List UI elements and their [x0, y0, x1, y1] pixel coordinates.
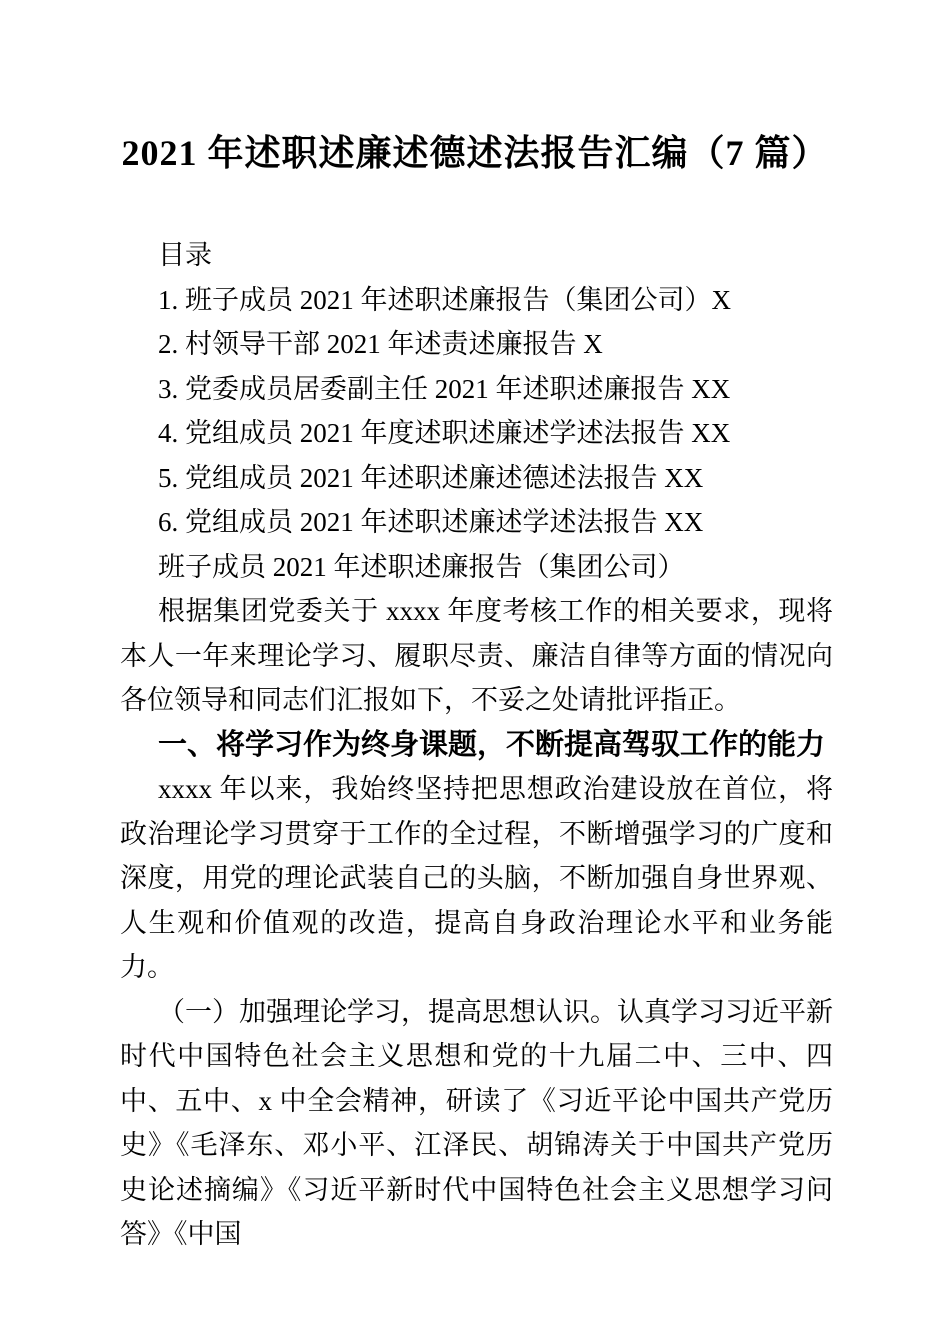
document-body: 目录 1. 班子成员 2021 年述职述廉报告（集团公司）X 2. 村领导干部 … [120, 233, 833, 1257]
report-subtitle: 班子成员 2021 年述职述廉报告（集团公司） [120, 545, 833, 590]
toc-item: 3. 党委成员居委副主任 2021 年述职述廉报告 XX [120, 367, 833, 412]
section-heading: 一、将学习作为终身课题，不断提高驾驭工作的能力 [120, 723, 833, 768]
report-paragraph: xxxx 年以来，我始终坚持把思想政治建设放在首位，将政治理论学习贯穿于工作的全… [120, 767, 833, 990]
toc-item: 1. 班子成员 2021 年述职述廉报告（集团公司）X [120, 278, 833, 323]
toc-item: 4. 党组成员 2021 年度述职述廉述学述法报告 XX [120, 411, 833, 456]
report-paragraph: （一）加强理论学习，提高思想认识。认真学习习近平新时代中国特色社会主义思想和党的… [120, 990, 833, 1257]
document-page: 2021 年述职述廉述德述法报告汇编（7 篇） 目录 1. 班子成员 2021 … [0, 0, 950, 1344]
toc-item: 5. 党组成员 2021 年述职述廉述德述法报告 XX [120, 456, 833, 501]
report-intro-paragraph: 根据集团党委关于 xxxx 年度考核工作的相关要求，现将本人一年来理论学习、履职… [120, 589, 833, 723]
toc-item: 6. 党组成员 2021 年述职述廉述学述法报告 XX [120, 500, 833, 545]
document-title: 2021 年述职述廉述德述法报告汇编（7 篇） [0, 0, 950, 178]
toc-item: 2. 村领导干部 2021 年述责述廉报告 X [120, 322, 833, 367]
toc-label: 目录 [120, 233, 833, 278]
